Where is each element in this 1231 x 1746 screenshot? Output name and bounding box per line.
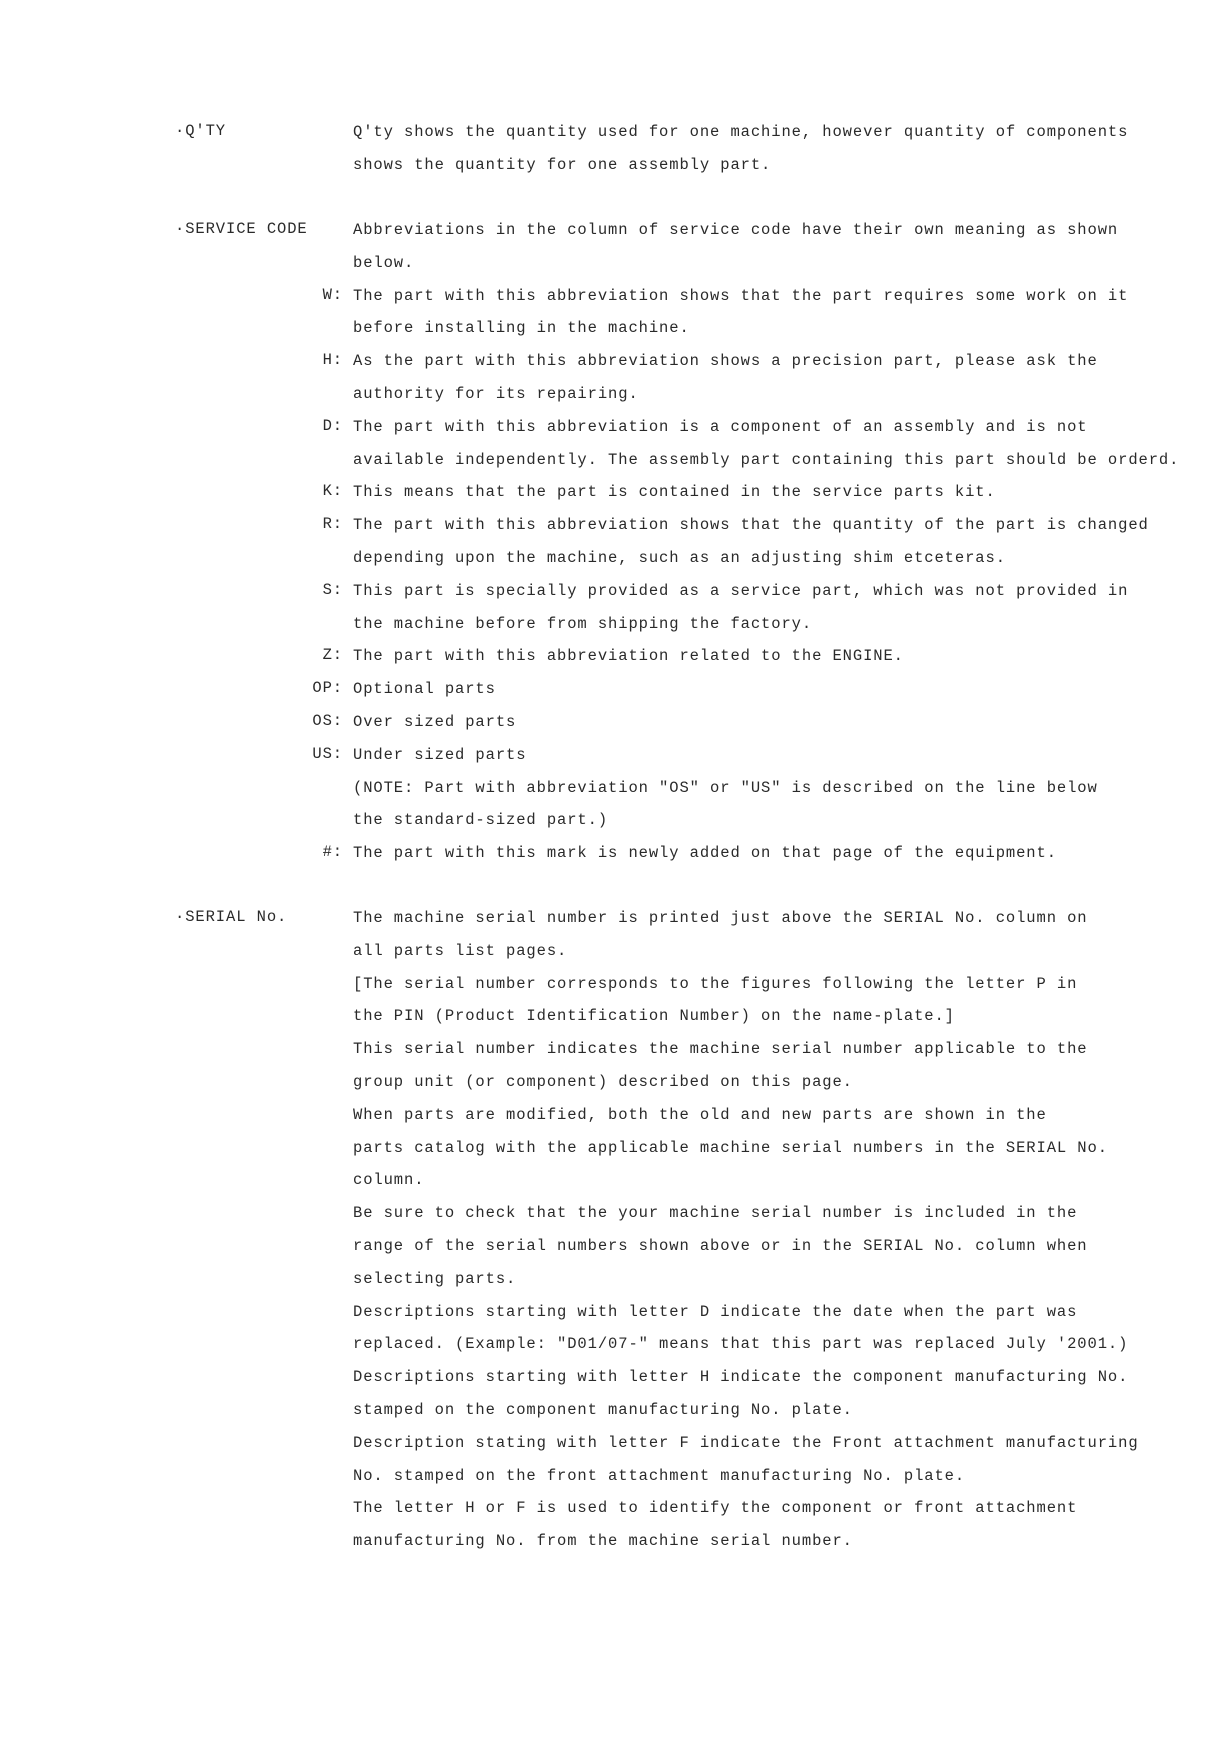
text-line: parts catalog with the applicable machin… bbox=[353, 1138, 1123, 1171]
text-line: No. stamped on the front attachment manu… bbox=[353, 1466, 1123, 1499]
code-letter: OP: bbox=[298, 679, 343, 697]
service-code-label: ·SERVICE CODE bbox=[175, 220, 308, 238]
text-line: Descriptions starting with letter D indi… bbox=[353, 1302, 1123, 1335]
text-line: The part with this abbreviation related … bbox=[353, 646, 1123, 679]
text-line: stamped on the component manufacturing N… bbox=[353, 1400, 1123, 1433]
serial-no-description: The machine serial number is printed jus… bbox=[353, 908, 1123, 1564]
text-line: The part with this abbreviation is a com… bbox=[353, 417, 1123, 450]
text-line: replaced. (Example: "D01/07-" means that… bbox=[353, 1334, 1123, 1367]
text-line: the machine before from shipping the fac… bbox=[353, 614, 1123, 647]
text-line: Over sized parts bbox=[353, 712, 1123, 745]
service-code-k: K: This means that the part is contained… bbox=[353, 482, 1123, 515]
text-line: all parts list pages. bbox=[353, 941, 1123, 974]
text-line: manufacturing No. from the machine seria… bbox=[353, 1531, 1123, 1564]
code-letter: R: bbox=[298, 515, 343, 533]
text-line: The machine serial number is printed jus… bbox=[353, 908, 1123, 941]
service-code-hash: #: The part with this mark is newly adde… bbox=[353, 843, 1123, 876]
text-line: column. bbox=[353, 1170, 1123, 1203]
text-line: shows the quantity for one assembly part… bbox=[353, 155, 1123, 188]
code-letter: US: bbox=[298, 745, 343, 763]
text-line: This serial number indicates the machine… bbox=[353, 1039, 1123, 1072]
text-line: authority for its repairing. bbox=[353, 384, 1123, 417]
text-line: This means that the part is contained in… bbox=[353, 482, 1123, 515]
service-code-op: OP: Optional parts bbox=[353, 679, 1123, 712]
text-line: Description stating with letter F indica… bbox=[353, 1433, 1123, 1466]
text-line: Be sure to check that the your machine s… bbox=[353, 1203, 1123, 1236]
service-code-h: H: As the part with this abbreviation sh… bbox=[353, 351, 1123, 417]
text-line: Descriptions starting with letter H indi… bbox=[353, 1367, 1123, 1400]
text-line: the standard-sized part.) bbox=[353, 810, 1123, 843]
text-line: (NOTE: Part with abbreviation "OS" or "U… bbox=[353, 778, 1123, 811]
text-line: Q'ty shows the quantity used for one mac… bbox=[353, 122, 1123, 155]
document-page: ·Q'TY Q'ty shows the quantity used for o… bbox=[0, 0, 1231, 1746]
qty-description: Q'ty shows the quantity used for one mac… bbox=[353, 122, 1123, 188]
text-line: As the part with this abbreviation shows… bbox=[353, 351, 1123, 384]
code-letter: S: bbox=[298, 581, 343, 599]
service-code-os: OS: Over sized parts bbox=[353, 712, 1123, 745]
service-code-r: R: The part with this abbreviation shows… bbox=[353, 515, 1123, 581]
text-line: Under sized parts bbox=[353, 745, 1123, 778]
text-line: before installing in the machine. bbox=[353, 318, 1123, 351]
code-letter: H: bbox=[298, 351, 343, 369]
code-letter: #: bbox=[298, 843, 343, 861]
service-code-s: S: This part is specially provided as a … bbox=[353, 581, 1123, 647]
service-code-description: Abbreviations in the column of service c… bbox=[353, 220, 1123, 876]
text-line: This part is specially provided as a ser… bbox=[353, 581, 1123, 614]
text-line: Optional parts bbox=[353, 679, 1123, 712]
text-line: The part with this abbreviation shows th… bbox=[353, 515, 1123, 548]
code-letter: W: bbox=[298, 286, 343, 304]
qty-label: ·Q'TY bbox=[175, 122, 226, 140]
text-line: group unit (or component) described on t… bbox=[353, 1072, 1123, 1105]
text-line: the PIN (Product Identification Number) … bbox=[353, 1006, 1123, 1039]
text-line: Abbreviations in the column of service c… bbox=[353, 220, 1123, 253]
text-line: The part with this mark is newly added o… bbox=[353, 843, 1123, 876]
text-line: [The serial number corresponds to the fi… bbox=[353, 974, 1123, 1007]
service-code-z: Z: The part with this abbreviation relat… bbox=[353, 646, 1123, 679]
service-code-w: W: The part with this abbreviation shows… bbox=[353, 286, 1123, 352]
serial-no-label: ·SERIAL No. bbox=[175, 908, 287, 926]
code-letter: OS: bbox=[298, 712, 343, 730]
text-line: When parts are modified, both the old an… bbox=[353, 1105, 1123, 1138]
service-code-d: D: The part with this abbreviation is a … bbox=[353, 417, 1123, 483]
text-line: below. bbox=[353, 253, 1123, 286]
code-letter: D: bbox=[298, 417, 343, 435]
text-line: available independently. The assembly pa… bbox=[353, 450, 1123, 483]
code-letter: K: bbox=[298, 482, 343, 500]
text-line: The part with this abbreviation shows th… bbox=[353, 286, 1123, 319]
text-line: depending upon the machine, such as an a… bbox=[353, 548, 1123, 581]
text-line: The letter H or F is used to identify th… bbox=[353, 1498, 1123, 1531]
text-line: range of the serial numbers shown above … bbox=[353, 1236, 1123, 1269]
text-line: selecting parts. bbox=[353, 1269, 1123, 1302]
service-code-us: US: Under sized parts (NOTE: Part with a… bbox=[353, 745, 1123, 843]
code-letter: Z: bbox=[298, 646, 343, 664]
